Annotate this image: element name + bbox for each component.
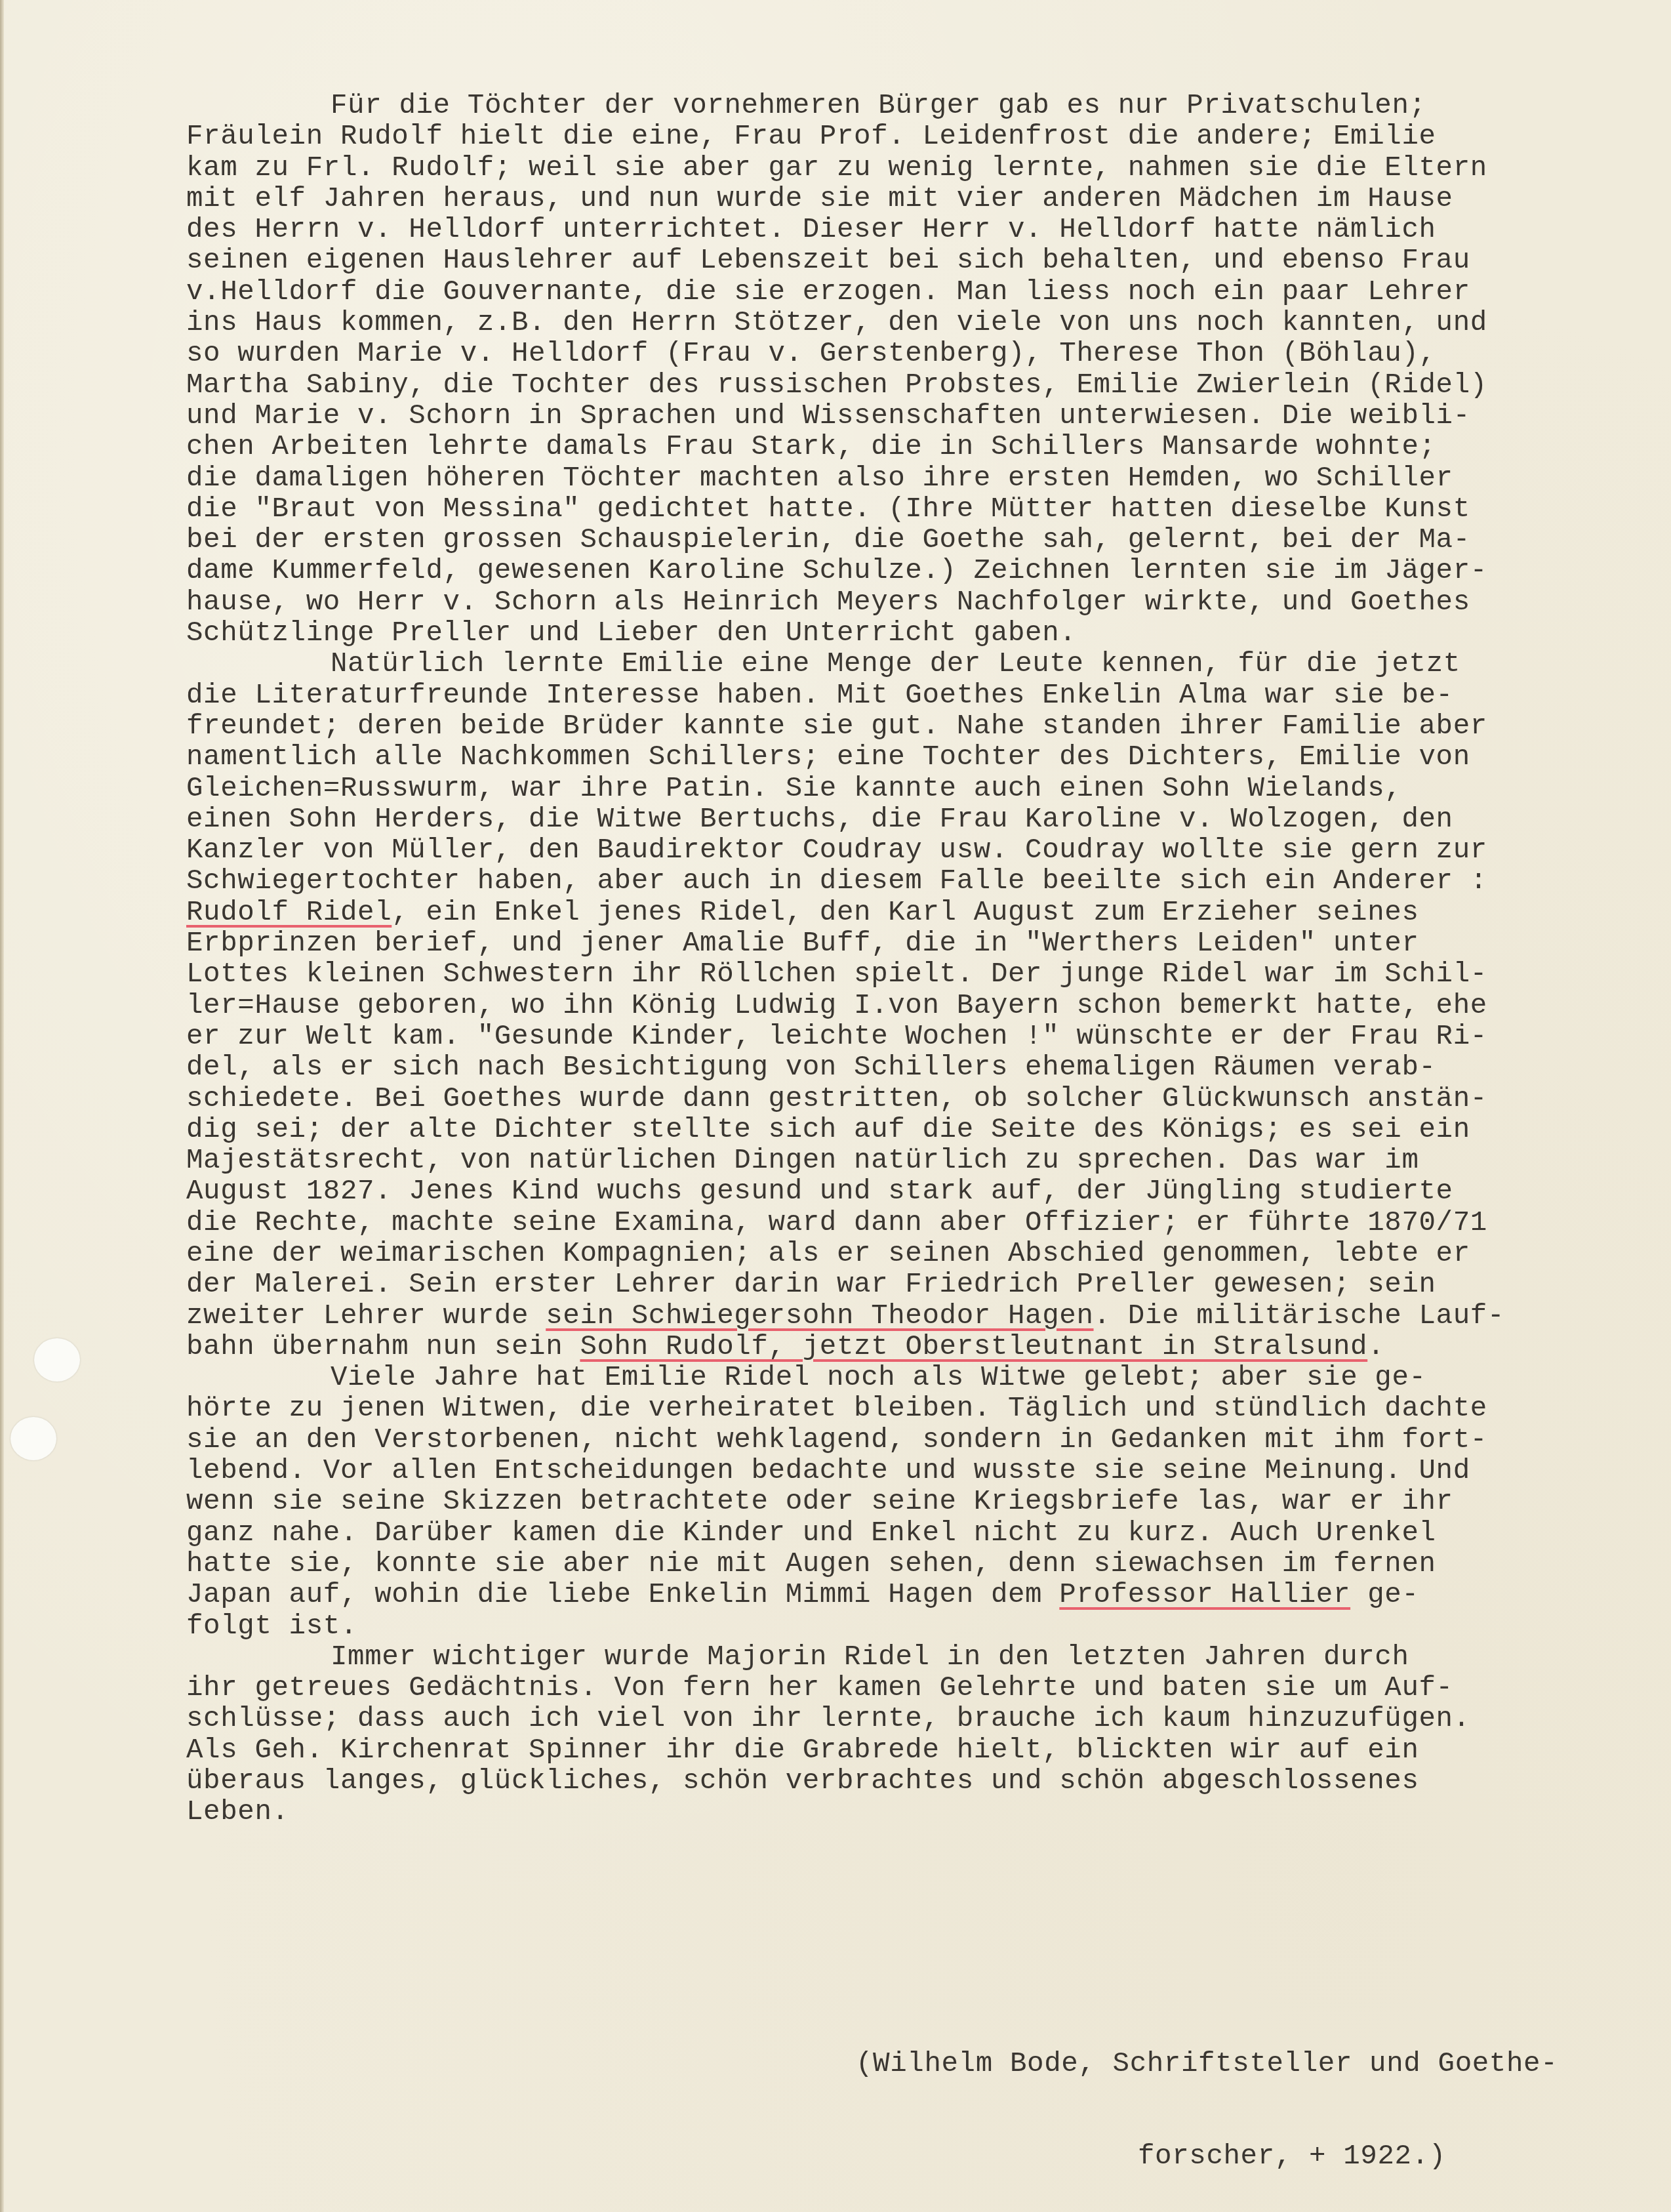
text-line: hause, wo Herr v. Schorn als Heinrich Me… [186,587,1629,618]
red-underline-mark: Rudolf Ridel [186,897,392,928]
red-underline-mark: Sohn Rudolf, jetzt Oberstleutnant in Str… [580,1331,1367,1362]
text-line: del, als er sich nach Besichtigung von S… [186,1052,1629,1083]
text-line: die "Braut von Messina" gedichtet hatte.… [186,494,1629,525]
text-line: die damaligen höheren Töchter machten al… [186,463,1629,494]
signature-line-1: (Wilhelm Bode, Schriftsteller und Goethe… [856,2049,1558,2079]
text-line: zweiter Lehrer wurde sein Schwiegersohn … [186,1301,1629,1332]
text-line: Lottes kleinen Schwestern ihr Röllchen s… [186,959,1629,990]
text-line: sie an den Verstorbenen, nicht wehklagen… [186,1425,1629,1456]
text-line: der Malerei. Sein erster Lehrer darin wa… [186,1269,1629,1300]
text-line: Majestätsrecht, von natürlichen Dingen n… [186,1145,1629,1176]
text-line: eine der weimarischen Kompagnien; als er… [186,1239,1629,1269]
text-line: Gleichen=Russwurm, war ihre Patin. Sie k… [186,773,1629,804]
text-line: hatte sie, konnte sie aber nie mit Augen… [186,1549,1629,1580]
text-line: v.Helldorf die Gouvernante, die sie erzo… [186,277,1629,308]
text-line: Japan auf, wohin die liebe Enkelin Mimmi… [186,1580,1629,1610]
text-line: Schwiegertochter haben, aber auch in die… [186,866,1629,897]
text-line: bahn übernahm nun sein Sohn Rudolf, jetz… [186,1332,1629,1362]
text-line: so wurden Marie v. Helldorf (Frau v. Ger… [186,338,1629,369]
text-line: Fräulein Rudolf hielt die eine, Frau Pro… [186,121,1629,152]
red-underline-mark: Professor Hallier [1059,1579,1350,1610]
text-line: lebend. Vor allen Entscheidungen bedacht… [186,1456,1629,1486]
text-line: ins Haus kommen, z.B. den Herrn Stötzer,… [186,308,1629,338]
text-line: Immer wichtiger wurde Majorin Ridel in d… [186,1642,1629,1673]
typewritten-body: Für die Töchter der vornehmeren Bürger g… [186,91,1629,1828]
text-line: dig sei; der alte Dichter stellte sich a… [186,1115,1629,1145]
text-line: wenn sie seine Skizzen betrachtete oder … [186,1486,1629,1517]
text-line: Leben. [186,1797,1629,1828]
punch-hole [34,1338,80,1382]
text-line: folgt ist. [186,1611,1629,1642]
text-line: des Herrn v. Helldorf unterrichtet. Dies… [186,215,1629,245]
text-line: die Literaturfreunde Interesse haben. Mi… [186,680,1629,711]
text-line: Rudolf Ridel, ein Enkel jenes Ridel, den… [186,897,1629,928]
text-line: dame Kummerfeld, gewesenen Karoline Schu… [186,556,1629,586]
text-line: mit elf Jahren heraus, und nun wurde sie… [186,184,1629,215]
text-line: und Marie v. Schorn in Sprachen und Wiss… [186,401,1629,432]
text-line: seinen eigenen Hauslehrer auf Lebenszeit… [186,245,1629,276]
text-line: hörte zu jenen Witwen, die verheiratet b… [186,1393,1629,1424]
signature-block: (Wilhelm Bode, Schriftsteller und Goethe… [856,1986,1558,2203]
text-line: bei der ersten grossen Schauspielerin, d… [186,525,1629,556]
text-line: schlüsse; dass auch ich viel von ihr ler… [186,1704,1629,1734]
text-line: Für die Töchter der vornehmeren Bürger g… [186,91,1629,121]
text-line: ganz nahe. Darüber kamen die Kinder und … [186,1518,1629,1549]
text-line: er zur Welt kam. "Gesunde Kinder, leicht… [186,1021,1629,1052]
text-line: Erbprinzen berief, und jener Amalie Buff… [186,928,1629,959]
text-line: kam zu Frl. Rudolf; weil sie aber gar zu… [186,153,1629,184]
text-line: Viele Jahre hat Emilie Ridel noch als Wi… [186,1362,1629,1393]
text-line: schiedete. Bei Goethes wurde dann gestri… [186,1084,1629,1115]
text-line: freundet; deren beide Brüder kannte sie … [186,711,1629,742]
text-line: namentlich alle Nachkommen Schillers; ei… [186,742,1629,773]
text-line: einen Sohn Herders, die Witwe Bertuchs, … [186,804,1629,835]
text-line: überaus langes, glückliches, schön verbr… [186,1766,1629,1797]
red-underline-mark: sein Schwiegersohn Theodor Hagen [546,1300,1093,1332]
text-line: ler=Hause geboren, wo ihn König Ludwig I… [186,991,1629,1021]
paper-left-edge [0,0,4,2212]
signature-line-2: forscher, + 1922.) [856,2141,1558,2172]
text-line: Martha Sabiny, die Tochter des russische… [186,370,1629,401]
text-line: Als Geh. Kirchenrat Spinner ihr die Grab… [186,1735,1629,1766]
text-line: Schützlinge Preller und Lieber den Unter… [186,618,1629,649]
text-line: Kanzler von Müller, den Baudirektor Coud… [186,835,1629,866]
punch-hole [10,1417,56,1460]
text-line: die Rechte, machte seine Examina, ward d… [186,1208,1629,1239]
text-line: Natürlich lernte Emilie eine Menge der L… [186,649,1629,680]
text-line: ihr getreues Gedächtnis. Von fern her ka… [186,1673,1629,1704]
text-line: August 1827. Jenes Kind wuchs gesund und… [186,1176,1629,1207]
text-line: chen Arbeiten lehrte damals Frau Stark, … [186,432,1629,462]
